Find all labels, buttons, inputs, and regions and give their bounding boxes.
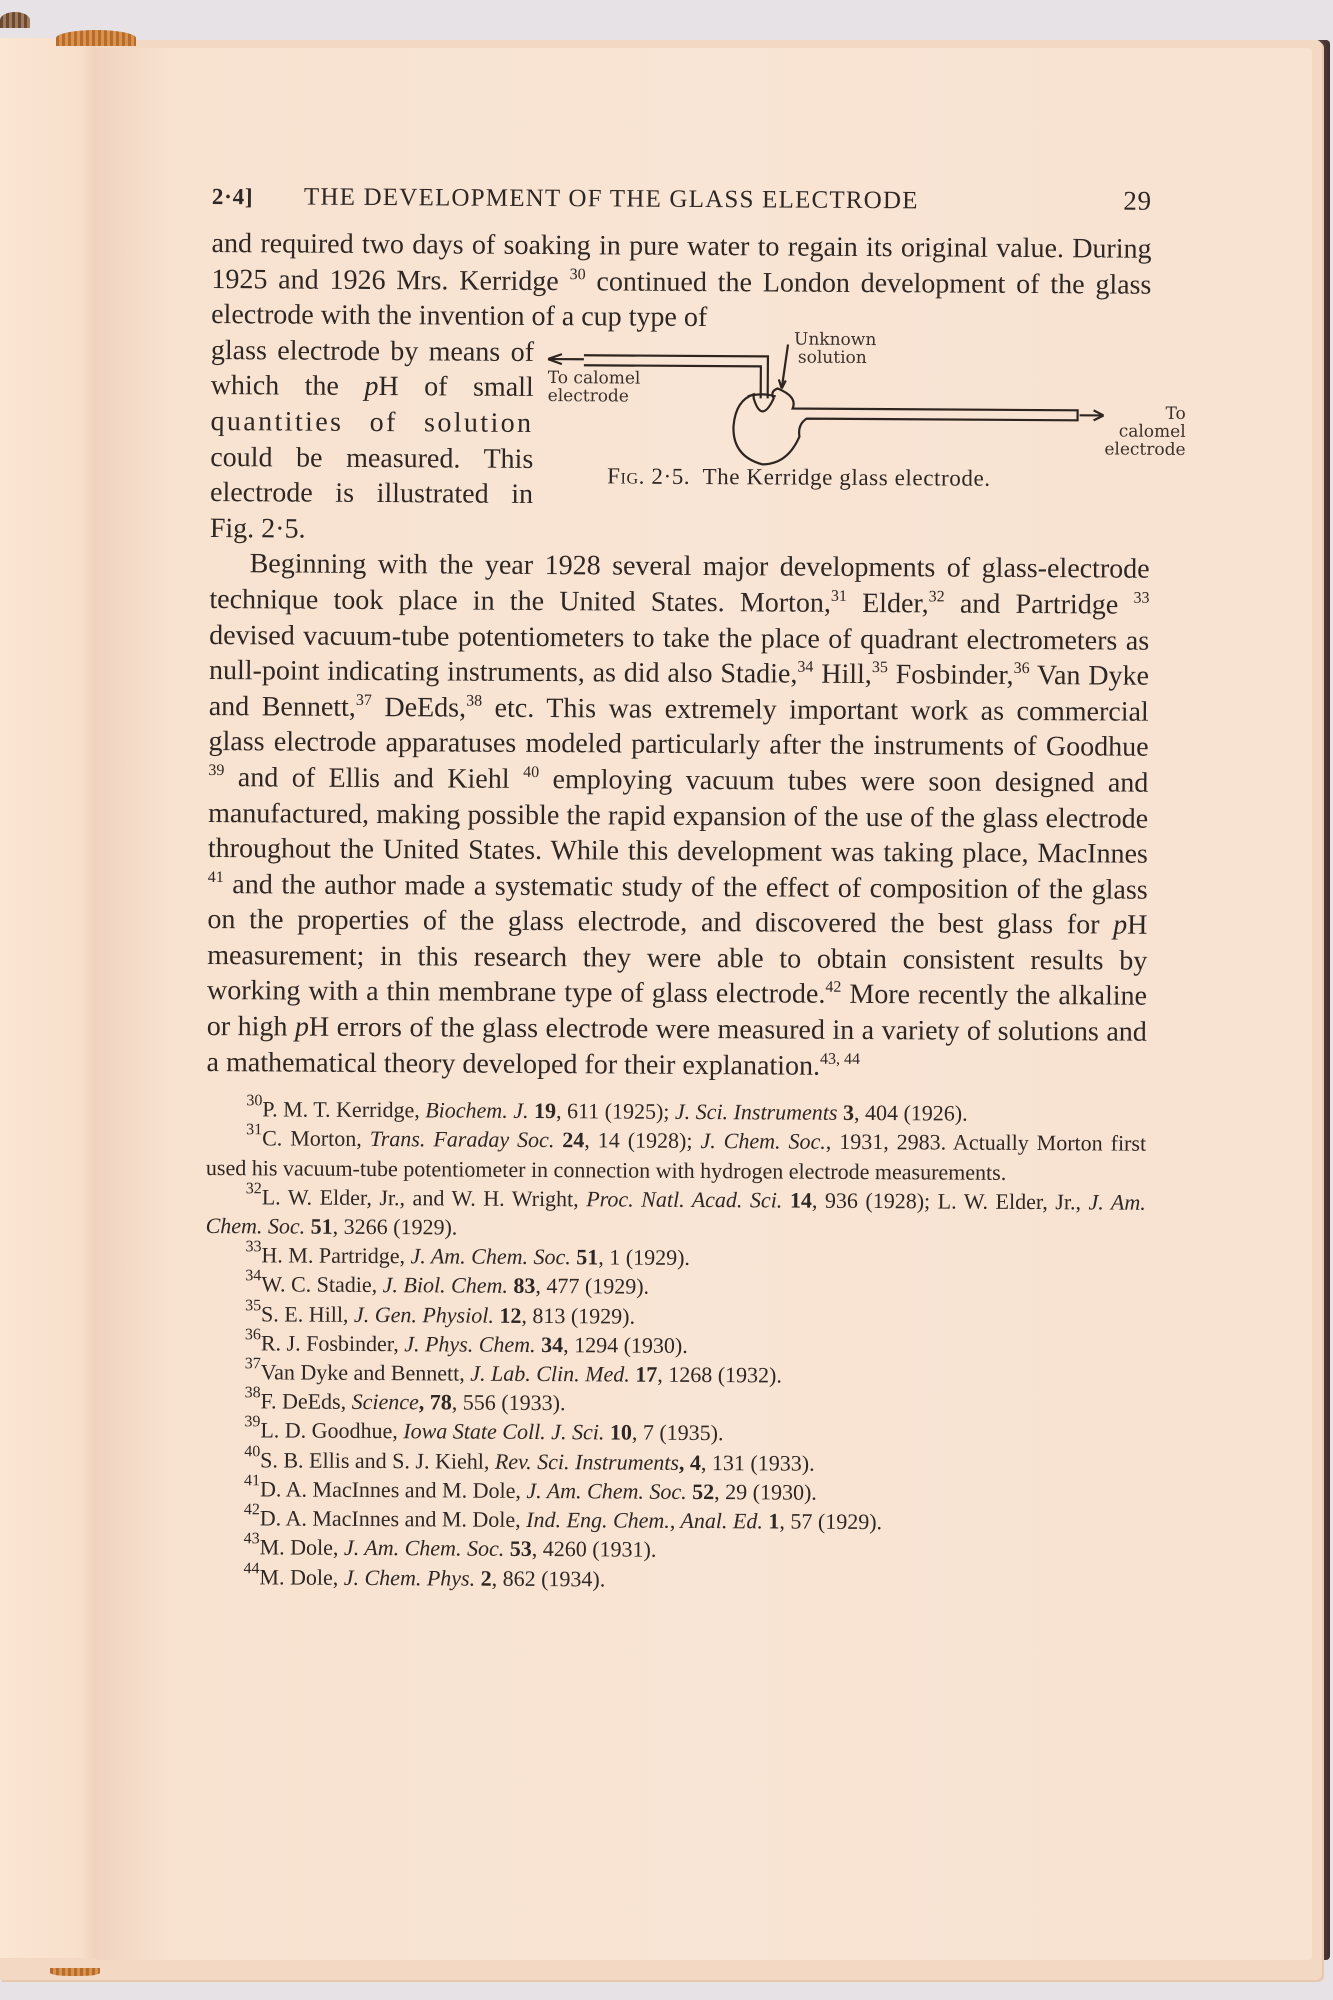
footnote: 32L. W. Elder, Jr., and W. H. Wright, Pr… bbox=[206, 1182, 1146, 1246]
footnote-number: 38 bbox=[245, 1385, 261, 1402]
figure-kerridge-electrode: To calomel electrode Unknown solution To… bbox=[547, 335, 1151, 517]
journal-title: Science bbox=[352, 1389, 419, 1414]
journal-title: Trans. Faraday Soc. bbox=[370, 1126, 555, 1152]
footnote-ref[interactable]: 34 bbox=[797, 659, 813, 676]
footnote-number: 35 bbox=[245, 1297, 261, 1314]
page-content: 2·4] THE DEVELOPMENT OF THE GLASS ELECTR… bbox=[203, 180, 1152, 1596]
footnote-number: 44 bbox=[243, 1560, 259, 1577]
footnote-ref[interactable]: 42 bbox=[825, 979, 841, 996]
volume: 52 bbox=[687, 1479, 715, 1504]
footnotes: 30P. M. T. Kerridge, Biochem. J. 19, 611… bbox=[203, 1094, 1146, 1596]
label-unknown-solution: Unknown solution bbox=[794, 330, 876, 367]
footnote-number: 31 bbox=[246, 1122, 262, 1139]
volume: , 4 bbox=[679, 1450, 701, 1475]
headband bbox=[56, 30, 136, 46]
wrapped-text: glass electrode by means of which the pH… bbox=[210, 333, 534, 549]
journal-title: Proc. Natl. Acad. Sci. bbox=[586, 1186, 782, 1212]
journal-title: J. Am. Chem. Soc. bbox=[526, 1478, 686, 1504]
volume: 53 bbox=[504, 1536, 532, 1561]
footnote-number: 42 bbox=[244, 1501, 260, 1518]
journal-title: J. Chem. Soc. bbox=[700, 1128, 825, 1154]
headband-left-volume bbox=[0, 12, 30, 28]
footnote-number: 33 bbox=[245, 1238, 261, 1255]
volume: 51 bbox=[305, 1214, 333, 1239]
volume: , 78 bbox=[419, 1390, 452, 1415]
volume: 51 bbox=[571, 1244, 599, 1269]
page-number: 29 bbox=[1112, 185, 1152, 216]
volume: 12 bbox=[494, 1302, 522, 1327]
journal-title: J. Am. Chem. Soc. bbox=[410, 1243, 570, 1269]
footnote-number: 34 bbox=[245, 1268, 261, 1285]
journal-title: J. Chem. Phys. bbox=[344, 1564, 476, 1590]
footnote-ref[interactable]: 30 bbox=[570, 266, 586, 283]
volume: 19 bbox=[528, 1098, 556, 1123]
journal-title: J. Phys. Chem. bbox=[404, 1331, 536, 1357]
footnote-ref[interactable]: 43, 44 bbox=[820, 1050, 860, 1067]
figure-reference: Fig. 2·5. bbox=[210, 513, 306, 545]
footnote-number: 30 bbox=[246, 1092, 262, 1109]
volume: 83 bbox=[508, 1273, 536, 1298]
volume: 34 bbox=[536, 1332, 564, 1357]
journal-title: J. Am. Chem. Soc. bbox=[344, 1535, 504, 1561]
footnote-ref[interactable]: 41 bbox=[208, 869, 224, 886]
footnote-number: 39 bbox=[244, 1414, 260, 1431]
footnote-number: 37 bbox=[245, 1355, 261, 1372]
volume: 2 bbox=[475, 1565, 492, 1590]
volume: 1 bbox=[763, 1508, 780, 1533]
journal-title: Iowa State Coll. J. Sci. bbox=[403, 1419, 604, 1445]
footnote-ref[interactable]: 36 bbox=[1014, 660, 1030, 677]
running-title: THE DEVELOPMENT OF THE GLASS ELECTRODE bbox=[304, 184, 1112, 217]
footnote-number: 40 bbox=[244, 1443, 260, 1460]
volume: 14 bbox=[782, 1187, 812, 1212]
footnote-ref[interactable]: 37 bbox=[356, 692, 372, 709]
footnote-number: 41 bbox=[244, 1472, 260, 1489]
footnote-ref[interactable]: 33 bbox=[1133, 590, 1149, 607]
footnote-number: 43 bbox=[244, 1531, 260, 1548]
journal-title: Biochem. J. bbox=[425, 1098, 528, 1124]
footnote-number: 32 bbox=[246, 1180, 262, 1197]
footnote-ref[interactable]: 32 bbox=[929, 588, 945, 605]
figure-wrap-block: glass electrode by means of which the pH… bbox=[210, 333, 1151, 552]
label-to-calomel-right: To calomel electrode bbox=[1104, 404, 1186, 458]
footnote-number: 36 bbox=[245, 1326, 261, 1343]
journal-title: Rev. Sci. Instruments bbox=[495, 1448, 679, 1474]
volume: 10 bbox=[604, 1420, 632, 1445]
volume: 17 bbox=[630, 1362, 658, 1387]
volume: 3 bbox=[837, 1100, 854, 1125]
paragraph-2: Beginning with the year 1928 several maj… bbox=[207, 546, 1150, 1086]
footnote-ref[interactable]: 39 bbox=[208, 762, 224, 779]
journal-title: J. Lab. Clin. Med. bbox=[470, 1361, 630, 1387]
volume: 24 bbox=[554, 1128, 584, 1153]
journal-title: Ind. Eng. Chem., Anal. Ed. bbox=[526, 1507, 763, 1533]
figure-caption: Fig. 2·5. The Kerridge glass electrode. bbox=[607, 463, 991, 491]
label-to-calomel-left: To calomel electrode bbox=[548, 369, 641, 406]
footnote: 31C. Morton, Trans. Faraday Soc. 24, 14 … bbox=[206, 1123, 1146, 1187]
footnote: 44M. Dole, J. Chem. Phys. 2, 862 (1934). bbox=[203, 1561, 1143, 1596]
tailband bbox=[50, 1968, 100, 1976]
running-head: 2·4] THE DEVELOPMENT OF THE GLASS ELECTR… bbox=[212, 180, 1152, 232]
journal-title: J. Gen. Physiol. bbox=[354, 1302, 494, 1328]
section-number: 2·4] bbox=[212, 184, 304, 211]
footnote-ref[interactable]: 40 bbox=[523, 764, 539, 781]
paragraph-1: and required two days of soaking in pure… bbox=[211, 226, 1152, 339]
footnote-ref[interactable]: 38 bbox=[466, 692, 482, 709]
journal-title: J. Biol. Chem. bbox=[383, 1273, 508, 1299]
journal-title: J. Sci. Instruments bbox=[675, 1099, 838, 1125]
facing-page-edge bbox=[0, 38, 96, 1958]
footnote-ref[interactable]: 31 bbox=[831, 588, 847, 605]
footnote-ref[interactable]: 35 bbox=[872, 659, 888, 676]
